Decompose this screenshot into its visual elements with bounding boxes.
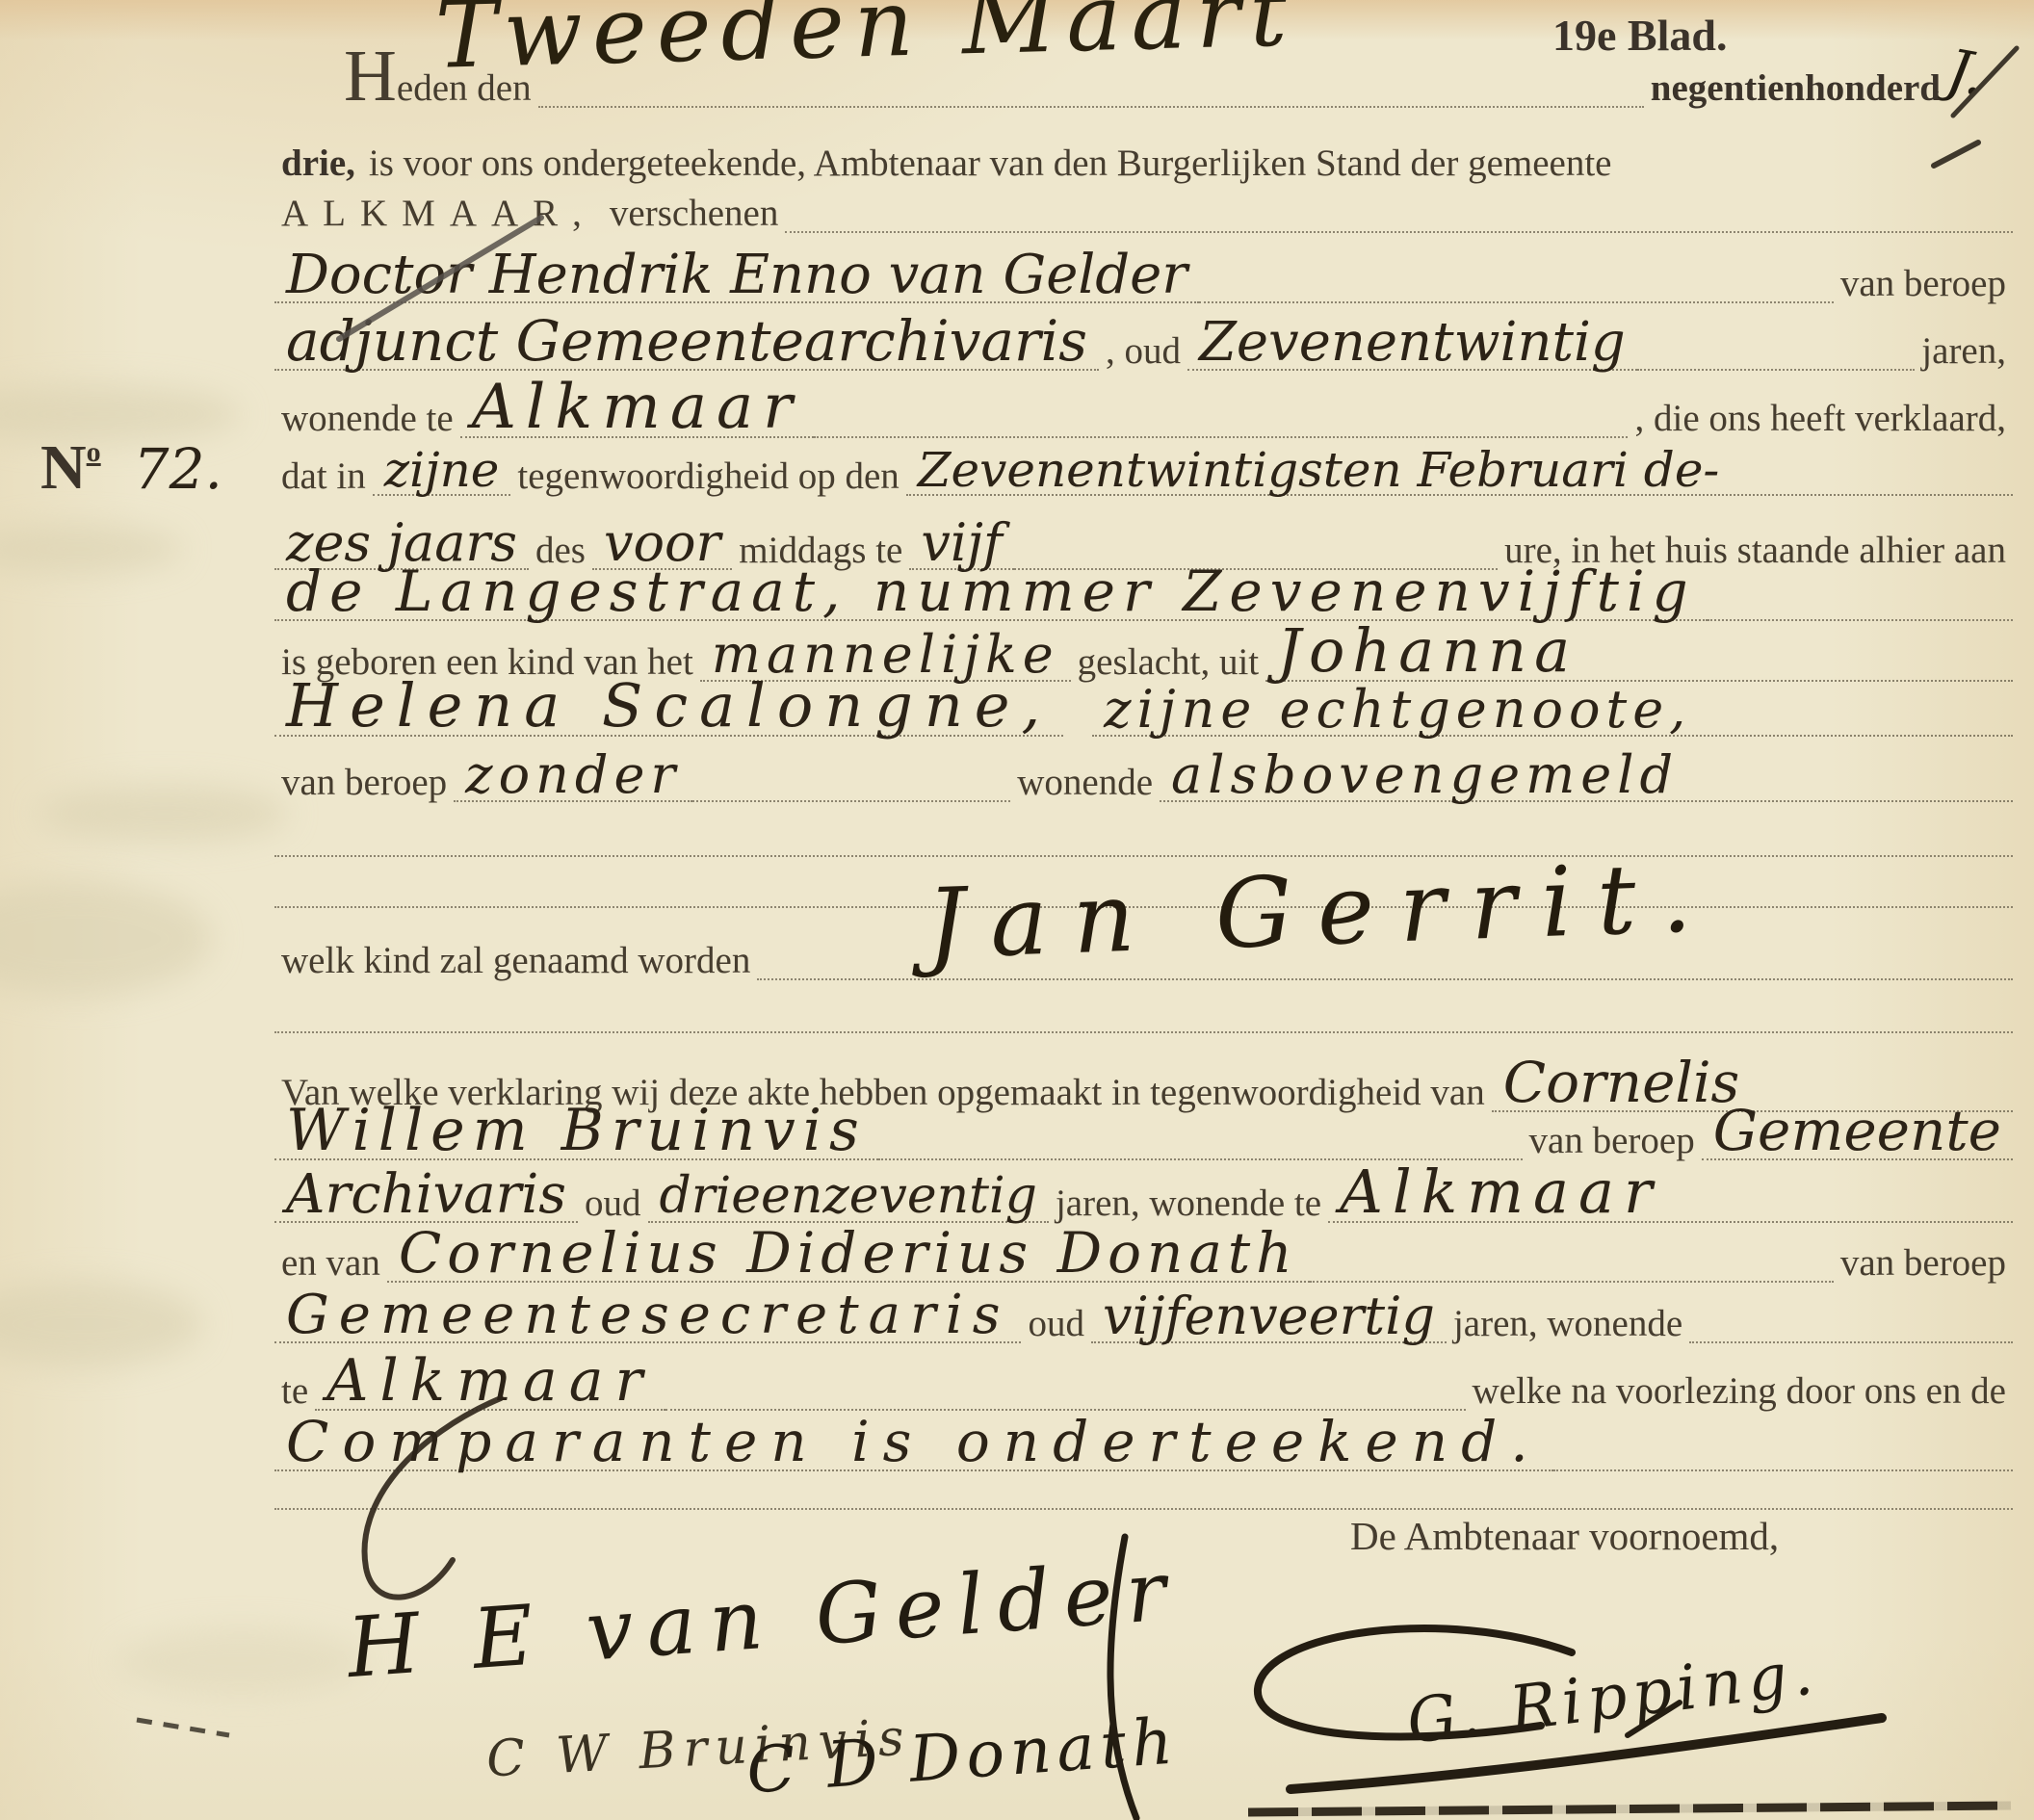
act-number-value: 72. [122,436,234,506]
pen-dash-mark [137,1720,229,1735]
form-line-adres: de Langestraat, nummer Zevenenvijftig [274,554,2013,621]
label-oud-3: oud [1021,1305,1091,1343]
bleedthrough-smudge [39,785,289,843]
act-number: No 72. [40,431,234,505]
label-ambtenaar-voornoemd: De Ambtenaar voornoemd, [1343,1517,1786,1557]
bleedthrough-smudge [0,1281,202,1367]
form-line-getuige1: Willem Bruinvis van beroep Gemeente [274,1093,2013,1160]
handwritten-getuige1-naam: Willem Bruinvis [274,1107,878,1160]
handwritten-zijne: zijne [373,451,511,496]
handwritten-getuige2-beroep: Gemeentesecretaris [274,1293,1021,1343]
handwritten-declarant-leeftijd: Zevenentwintig [1187,321,1637,371]
signature-ambtenaar: G. Ripping. [1404,1649,1820,1748]
handwritten-getuige2-woonplaats: Alkmaar [315,1358,665,1411]
handwritten-declarant-beroep: adjunct Gemeentearchivaris [274,319,1099,371]
handwritten-echtgenoote: zijne echtgenoote, [1092,689,2013,737]
handwritten-moeder-naam: Helena Scalongne, [274,682,1063,737]
birth-certificate-page: 19e Blad. J. No 72. Tweeden Maart Heden … [0,0,2034,1820]
bleedthrough-smudge [0,881,212,997]
form-line-geboortedatum: dat in zijne tegenwoordigheid op den Zev… [274,429,2013,496]
handwritten-adres: de Langestraat, nummer Zevenenvijftig [274,569,1708,621]
dotted-line [274,1031,2013,1033]
label-verschenen: verschenen [603,195,785,233]
signature-getuige2: C D Donath [745,1716,1181,1797]
form-line-moeder: Helena Scalongne, zijne echtgenoote, [274,669,2013,737]
label-jaren-wonende: jaren, wonende [1447,1305,1689,1343]
form-line-declarant: Doctor Hendrik Enno van Gelder van beroe… [274,236,2013,303]
form-line-getuige1-leeftijd: Archivaris oud drieenzeventig jaren, won… [274,1156,2013,1223]
label-oud: , oud [1099,332,1187,371]
signature-declarant: H E van Gelder [346,1558,1182,1682]
label-van-beroep: van beroep [1834,265,2013,303]
bleedthrough-smudge [116,1627,366,1695]
bleedthrough-smudge [0,525,183,573]
form-line-voorlezing: te Alkmaar welke na voorlezing door ons … [274,1343,2013,1411]
label-heden-den: Heden den [337,57,538,108]
form-line-getuige2: en van Cornelius Diderius Donath van ber… [274,1215,2013,1283]
handwritten-getuige1-beroep-a: Gemeente [1702,1108,2013,1160]
handwritten-geboortedatum: Zevenentwintigsten Februari de- [906,451,2013,496]
dotted-line [274,1508,2013,1510]
form-line-blank [274,966,2013,1033]
bottom-section-rule [1248,1802,2011,1817]
handwritten-kind-naam: Jan Gerrit. [914,857,1730,968]
label-jaren: jaren, [1915,332,2013,371]
label-negentienhonderd: negentienhonderd [1644,69,1947,108]
form-line-getuige2-leeftijd: Gemeentesecretaris oud vijfenveertig jar… [274,1276,2013,1343]
act-number-sup: o [87,436,101,468]
margin-paraph: J. [1943,47,1988,99]
form-line-blank [274,1443,2013,1510]
form-line-declarant-beroep: adjunct Gemeentearchivaris , oud Zevenen… [274,303,2013,371]
act-number-n: N [40,432,87,503]
handwritten-getuige2-naam: Cornelius Diderius Donath [387,1231,1310,1283]
label-dat-in: dat in [274,457,373,496]
label-gemeente: ALKMAAR, [274,195,603,233]
form-line-gemeente: ALKMAAR, verschenen [274,166,2013,233]
form-line-date: Heden den negentienhonderd [337,40,1947,108]
label-tegenwoordigheid: tegenwoordigheid op den [510,457,905,496]
handwritten-declarant-name: Doctor Hendrik Enno van Gelder [274,253,1199,303]
handwritten-getuige2-leeftijd: vijfenveertig [1091,1295,1447,1343]
dotted-line [538,106,1644,108]
dotted-line [785,231,2013,233]
